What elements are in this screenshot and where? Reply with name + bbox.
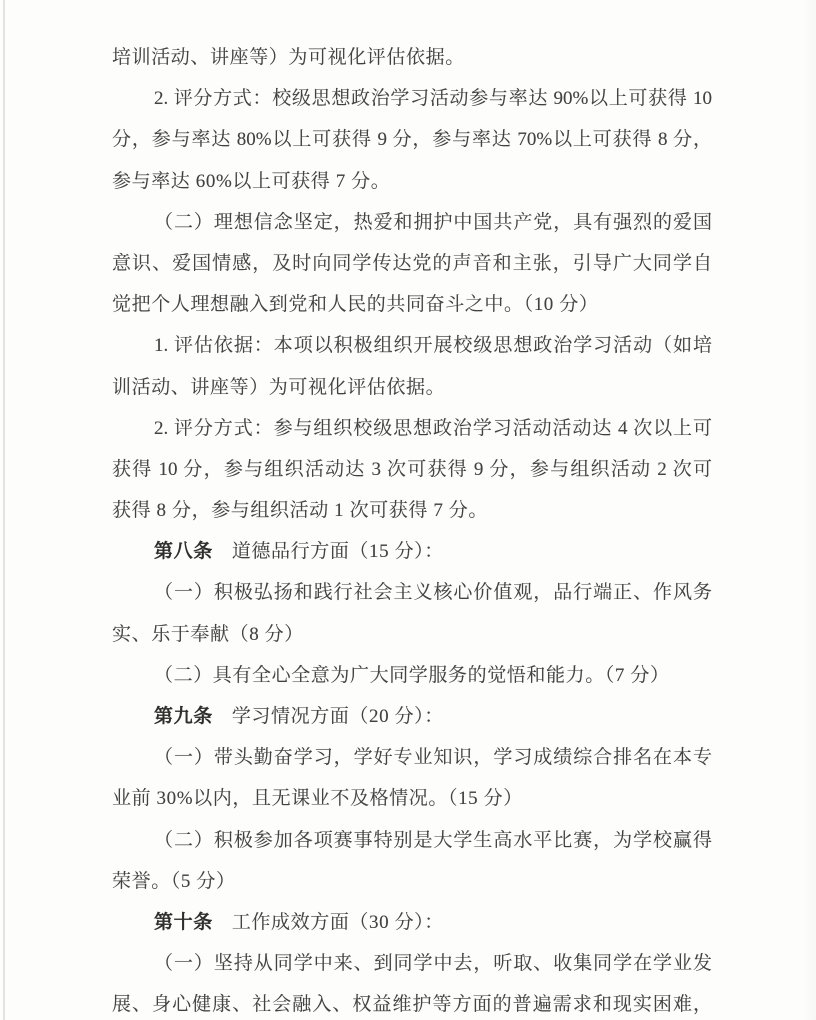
text-line: 2. 评分方式：参与组织校级思想政治学习活动活动达 4 次以上可 (112, 408, 712, 449)
text-line: 实、乐于奉献（8 分） (112, 614, 712, 655)
text-line: （一）坚持从同学中来、到同学中去，听取、收集同学在学业发 (112, 943, 712, 984)
article-title: 道德品行方面（15 分）： (232, 541, 444, 562)
text-line: （二）积极参加各项赛事特别是大学生高水平比赛，为学校赢得 (112, 820, 712, 861)
text-line: （一）积极弘扬和践行社会主义核心价值观，品行端正、作风务 (112, 572, 712, 613)
text-line: 1. 评估依据：本项以积极组织开展校级思想政治学习活动（如培 (112, 325, 712, 366)
text-line: 培训活动、讲座等）为可视化评估依据。 (112, 37, 712, 78)
text-line: 第八条道德品行方面（15 分）： (112, 531, 712, 572)
text-line: 2. 评分方式：校级思想政治学习活动参与率达 90%以上可获得 10 (112, 78, 712, 119)
text-line: 展、身心健康、社会融入、权益维护等方面的普遍需求和现实困难， (112, 984, 712, 1020)
article-title: 工作成效方面（30 分）： (232, 912, 444, 933)
text-line: 觉把个人理想融入到党和人民的共同奋斗之中。（10 分） (112, 284, 712, 325)
page-left-edge-line (3, 0, 5, 1020)
text-line: 荣誉。（5 分） (112, 861, 712, 902)
article-title: 学习情况方面（20 分）： (232, 706, 444, 727)
text-line: 获得 8 分，参与组织活动 1 次可获得 7 分。 (112, 490, 712, 531)
text-line: （二）具有全心全意为广大同学服务的觉悟和能力。（7 分） (112, 655, 712, 696)
text-line: 分，参与率达 80%以上可获得 9 分，参与率达 70%以上可获得 8 分， (112, 119, 712, 160)
text-line: 业前 30%以内，且无课业不及格情况。（15 分） (112, 778, 712, 819)
text-line: 第九条学习情况方面（20 分）： (112, 696, 712, 737)
document-body: 培训活动、讲座等）为可视化评估依据。2. 评分方式：校级思想政治学习活动参与率达… (112, 37, 712, 1020)
text-line: 意识、爱国情感，及时向同学传达党的声音和主张，引导广大同学自 (112, 243, 712, 284)
page-right-shading (802, 0, 816, 1020)
article-number: 第八条 (154, 541, 213, 562)
text-line: （一）带头勤奋学习，学好专业知识，学习成绩综合排名在本专 (112, 737, 712, 778)
text-line: 第十条工作成效方面（30 分）： (112, 902, 712, 943)
article-number: 第十条 (154, 912, 213, 933)
text-line: 参与率达 60%以上可获得 7 分。 (112, 161, 712, 202)
text-line: 获得 10 分，参与组织活动达 3 次可获得 9 分，参与组织活动 2 次可 (112, 449, 712, 490)
text-line: 训活动、讲座等）为可视化评估依据。 (112, 367, 712, 408)
article-number: 第九条 (154, 706, 213, 727)
text-line: （二）理想信念坚定，热爱和拥护中国共产党，具有强烈的爱国 (112, 202, 712, 243)
